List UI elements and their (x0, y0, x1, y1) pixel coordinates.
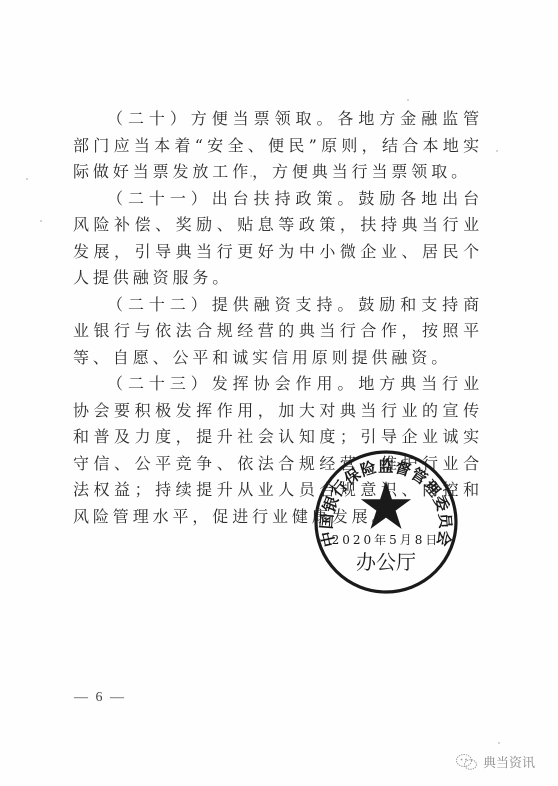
seal-graphic: 中国银行保险监督管理委员会 2020年5月8日 办公厅 (312, 448, 460, 596)
page-number: — 6 — (74, 690, 126, 706)
seal-office: 办公厅 (356, 550, 416, 574)
scan-speck (40, 220, 42, 222)
paragraph-heading: （二十二）提供融资支持。 (107, 295, 358, 314)
paragraph-22: （二十二）提供融资支持。鼓励和支持商业银行与依法合规经营的典当行合作，按照平等、… (73, 292, 483, 372)
scan-speck (498, 742, 500, 744)
paragraph-20: （二十）方便当票领取。各地方金融监管部门应当本着“安全、便民”原则，结合本地实际… (73, 106, 483, 186)
wechat-icon (455, 753, 479, 771)
paragraph-heading: （二十三）发挥协会作用。 (107, 374, 358, 393)
watermark-label: 典当资讯 (483, 752, 535, 771)
paragraph-21: （二十一）出台扶持政策。鼓励各地出台风险补偿、奖励、贴息等政策，扶持典当行业发展… (73, 186, 483, 292)
star-icon (361, 481, 411, 529)
scan-speck (407, 99, 409, 101)
scan-speck (26, 178, 28, 180)
scan-speck (496, 150, 498, 152)
paragraph-heading: （二十一）出台扶持政策。 (107, 189, 358, 208)
source-watermark: 典当资讯 (455, 752, 535, 771)
scan-speck (250, 175, 252, 177)
official-seal: 中国银行保险监督管理委员会 2020年5月8日 办公厅 (312, 448, 460, 596)
document-page: （二十）方便当票领取。各地方金融监管部门应当本着“安全、便民”原则，结合本地实际… (0, 0, 558, 786)
seal-date: 2020年5月8日 (332, 532, 441, 547)
paragraph-heading: （二十）方便当票领取。 (107, 109, 337, 128)
